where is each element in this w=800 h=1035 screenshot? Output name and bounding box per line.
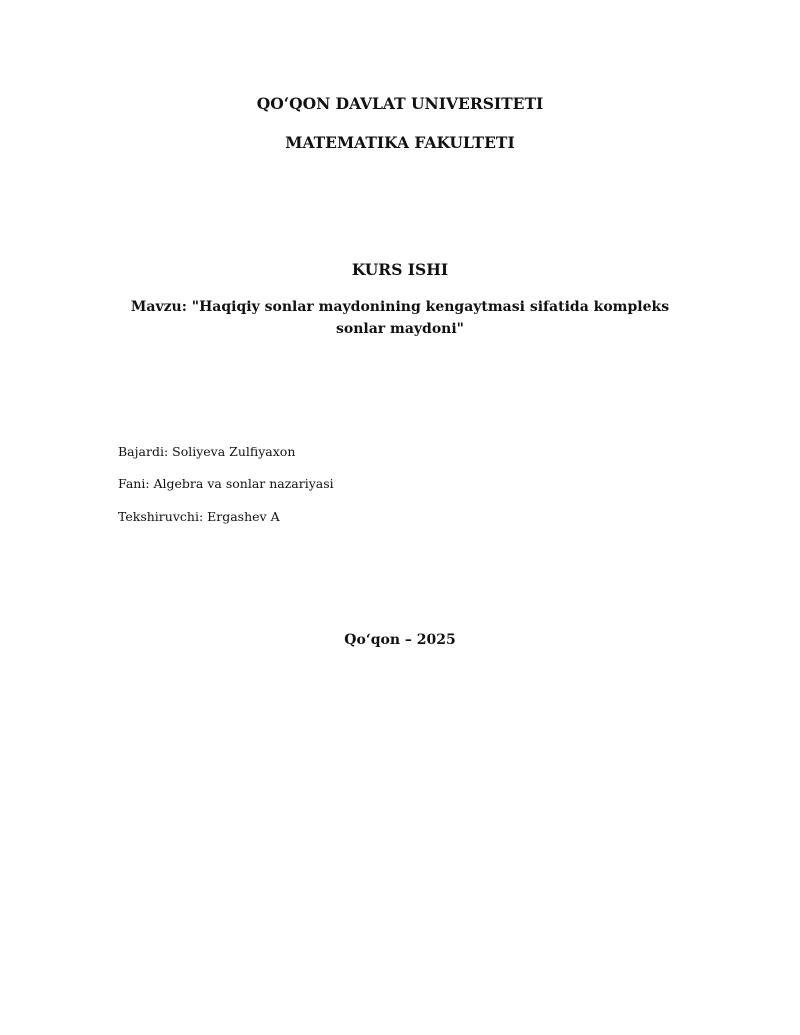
document-page: QO‘QON DAVLAT UNIVERSITETI MATEMATIKA FA… [0, 0, 800, 1035]
university-name: QO‘QON DAVLAT UNIVERSITETI [0, 94, 800, 113]
place-year: Qo‘qon – 2025 [0, 632, 800, 648]
document-type-heading: KURS ISHI [0, 260, 800, 279]
subject-line: Fani: Algebra va sonlar nazariyasi [118, 476, 334, 491]
reviewer-line: Tekshiruvchi: Ergashev A [118, 509, 280, 524]
topic-title: Mavzu: "Haqiqiy sonlar maydonining kenga… [110, 296, 690, 340]
faculty-name: MATEMATIKA FAKULTETI [0, 133, 800, 152]
author-line: Bajardi: Soliyeva Zulfiyaxon [118, 444, 295, 459]
